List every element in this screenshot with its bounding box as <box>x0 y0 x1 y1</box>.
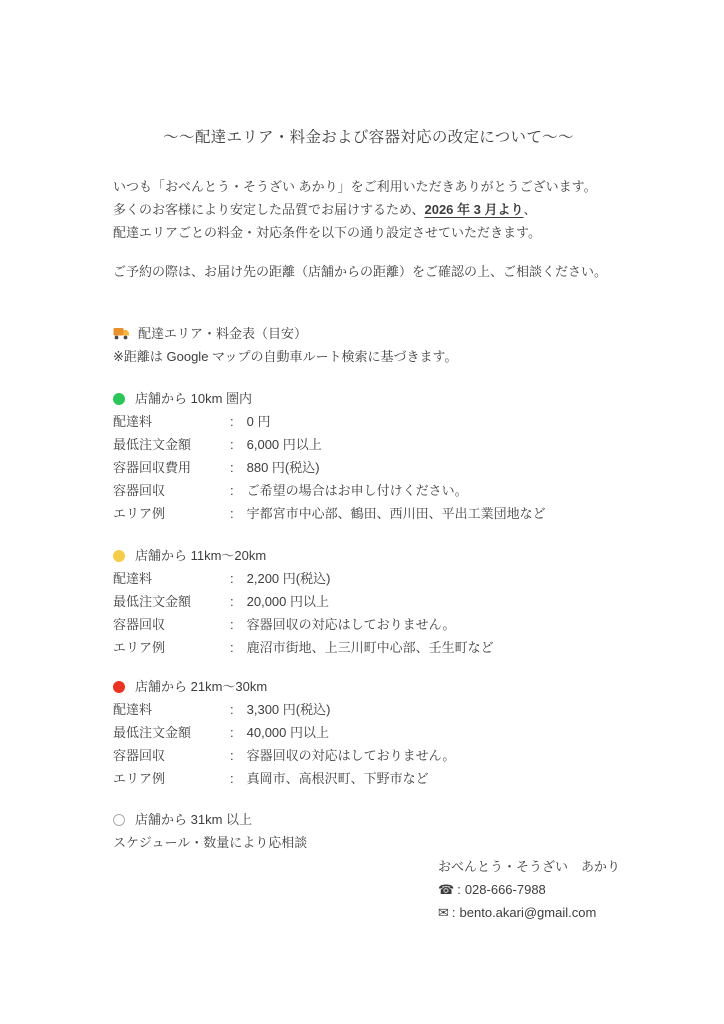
notice-document-page: ～～配達エリア・料金および容器対応の改定について～～ いつも「おべんとう・そうざ… <box>0 0 724 1024</box>
green-circle-icon <box>113 393 125 405</box>
phone-icon: ☎ <box>438 882 454 897</box>
zone-title-10km: 店舗から 10km 圏内 <box>135 387 252 410</box>
fee-row-value: 宇都宮市中心部、鶴田、西川田、平出工業団地など <box>247 506 546 521</box>
fee-row-value: 6,000 円以上 <box>247 437 322 452</box>
fee-row-area-examples: エリア例:鹿沼市街地、上三川町中心部、壬生町など <box>113 636 624 659</box>
negotiable-note: スケジュール・数量により応相談 <box>113 831 624 854</box>
colon-separator: : <box>230 594 234 609</box>
zone-header-21-30km: 店舗から 21km～30km <box>113 675 624 698</box>
colon-separator: : <box>230 571 234 586</box>
fee-row-container-pickup: 容器回収:容器回収の対応はしておりません。 <box>113 613 624 636</box>
fee-row-label: 最低注文金額 <box>113 721 230 744</box>
effective-date-emphasis: 2026 年 3 月より <box>424 202 523 217</box>
fee-row-label: エリア例 <box>113 767 230 790</box>
colon-separator: : <box>230 437 234 452</box>
fee-row-value: 2,200 円(税込) <box>247 571 331 586</box>
distance-note: ※距離は Google マップの自動車ルート検索に基づきます。 <box>113 345 624 368</box>
fee-row-minimum-order: 最低注文金額:40,000 円以上 <box>113 721 624 744</box>
colon-separator: : <box>230 460 234 475</box>
fee-table-heading-label: 配達エリア・料金表（目安） <box>138 322 307 345</box>
shop-name: おべんとう・そうざい あかり <box>438 855 624 878</box>
intro-line-2: 多くのお客様により安定した品質でお届けするため、2026 年 3 月より、 <box>113 198 624 221</box>
intro-line-2-suffix: 、 <box>523 202 536 217</box>
fee-row-label: エリア例 <box>113 636 230 659</box>
colon-separator: : <box>230 702 234 717</box>
zone-section-21-30km: 店舗から 21km～30km 配達料:3,300 円(税込) 最低注文金額:40… <box>113 675 624 790</box>
colon-separator: : <box>452 905 456 920</box>
zone-title-11-20km: 店舗から 11km～20km <box>135 544 266 567</box>
fee-row-value: 容器回収の対応はしておりません。 <box>247 617 456 632</box>
fee-row-area-examples: エリア例:真岡市、高根沢町、下野市など <box>113 767 624 790</box>
fee-row-label: 配達料 <box>113 410 230 433</box>
page-title: ～～配達エリア・料金および容器対応の改定について～～ <box>113 127 624 149</box>
fee-row-minimum-order: 最低注文金額:6,000 円以上 <box>113 433 624 456</box>
zone-title-31km-plus: 店舗から 31km 以上 <box>135 808 252 831</box>
reservation-advice: ご予約の際は、お届け先の距離（店舗からの距離）をご確認の上、ご相談ください。 <box>113 260 624 283</box>
fee-row-label: 容器回収 <box>113 744 230 767</box>
fee-row-container-pickup: 容器回収:ご希望の場合はお申し付けください。 <box>113 479 624 502</box>
fee-row-label: 配達料 <box>113 698 230 721</box>
fee-row-label: 配達料 <box>113 567 230 590</box>
fee-row-container-fee: 容器回収費用:880 円(税込) <box>113 456 624 479</box>
fee-row-label: 最低注文金額 <box>113 433 230 456</box>
intro-line-2-prefix: 多くのお客様により安定した品質でお届けするため、 <box>113 202 424 217</box>
delivery-truck-icon <box>113 327 130 340</box>
fee-row-value: 鹿沼市街地、上三川町中心部、壬生町など <box>247 640 494 655</box>
contact-block: おべんとう・そうざい あかり ☎:028-666-7988 ✉:bento.ak… <box>438 855 624 924</box>
fee-row-label: エリア例 <box>113 502 230 525</box>
fee-row-value: 0 円 <box>247 414 271 429</box>
fee-row-area-examples: エリア例:宇都宮市中心部、鶴田、西川田、平出工業団地など <box>113 502 624 525</box>
colon-separator: : <box>230 414 234 429</box>
fee-row-value: ご希望の場合はお申し付けください。 <box>247 483 468 498</box>
fee-row-value: 3,300 円(税込) <box>247 702 331 717</box>
fee-row-value: 真岡市、高根沢町、下野市など <box>247 771 429 786</box>
fee-row-minimum-order: 最低注文金額:20,000 円以上 <box>113 590 624 613</box>
zone-header-11-20km: 店舗から 11km～20km <box>113 544 624 567</box>
colon-separator: : <box>230 725 234 740</box>
mail-icon: ✉ <box>438 905 449 920</box>
colon-separator: : <box>230 483 234 498</box>
colon-separator: : <box>457 882 461 897</box>
email-line: ✉:bento.akari@gmail.com <box>438 901 624 924</box>
fee-row-value: 40,000 円以上 <box>247 725 329 740</box>
zone-section-11-20km: 店舗から 11km～20km 配達料:2,200 円(税込) 最低注文金額:20… <box>113 544 624 659</box>
yellow-circle-icon <box>113 550 125 562</box>
fee-row-label: 容器回収 <box>113 613 230 636</box>
fee-row-label: 容器回収費用 <box>113 456 230 479</box>
intro-line-3: 配達エリアごとの料金・対応条件を以下の通り設定させていただきます。 <box>113 221 624 244</box>
email-address: bento.akari@gmail.com <box>460 905 597 920</box>
fee-row-label: 最低注文金額 <box>113 590 230 613</box>
phone-number: 028-666-7988 <box>465 882 546 897</box>
intro-line-1: いつも「おべんとう・そうざい あかり」をご利用いただきありがとうございます。 <box>113 175 624 198</box>
colon-separator: : <box>230 617 234 632</box>
fee-row-delivery: 配達料:3,300 円(税込) <box>113 698 624 721</box>
zone-header-31km-plus: 店舗から 31km 以上 <box>113 808 624 831</box>
fee-row-delivery: 配達料:2,200 円(税込) <box>113 567 624 590</box>
red-circle-icon <box>113 681 125 693</box>
zone-section-10km: 店舗から 10km 圏内 配達料:0 円 最低注文金額:6,000 円以上 容器… <box>113 387 624 525</box>
zone-title-21-30km: 店舗から 21km～30km <box>135 675 267 698</box>
colon-separator: : <box>230 640 234 655</box>
white-circle-icon <box>113 814 125 826</box>
fee-row-label: 容器回収 <box>113 479 230 502</box>
intro-line-1-text: いつも「おべんとう・そうざい あかり」をご利用いただきありがとうございます。 <box>113 179 597 194</box>
fee-row-value: 880 円(税込) <box>247 460 320 475</box>
fee-row-value: 容器回収の対応はしておりません。 <box>247 748 456 763</box>
document-content: ～～配達エリア・料金および容器対応の改定について～～ いつも「おべんとう・そうざ… <box>0 0 724 924</box>
fee-row-value: 20,000 円以上 <box>247 594 329 609</box>
colon-separator: : <box>230 771 234 786</box>
colon-separator: : <box>230 748 234 763</box>
intro-paragraph: いつも「おべんとう・そうざい あかり」をご利用いただきありがとうございます。 多… <box>113 175 624 244</box>
zone-header-10km: 店舗から 10km 圏内 <box>113 387 624 410</box>
intro-line-3-text: 配達エリアごとの料金・対応条件を以下の通り設定させていただきます。 <box>113 225 541 240</box>
colon-separator: : <box>230 506 234 521</box>
fee-table-heading: 配達エリア・料金表（目安） <box>113 322 624 345</box>
fee-row-delivery: 配達料:0 円 <box>113 410 624 433</box>
fee-row-container-pickup: 容器回収:容器回収の対応はしておりません。 <box>113 744 624 767</box>
phone-line: ☎:028-666-7988 <box>438 878 624 901</box>
zone-section-31km-plus: 店舗から 31km 以上 スケジュール・数量により応相談 <box>113 808 624 854</box>
